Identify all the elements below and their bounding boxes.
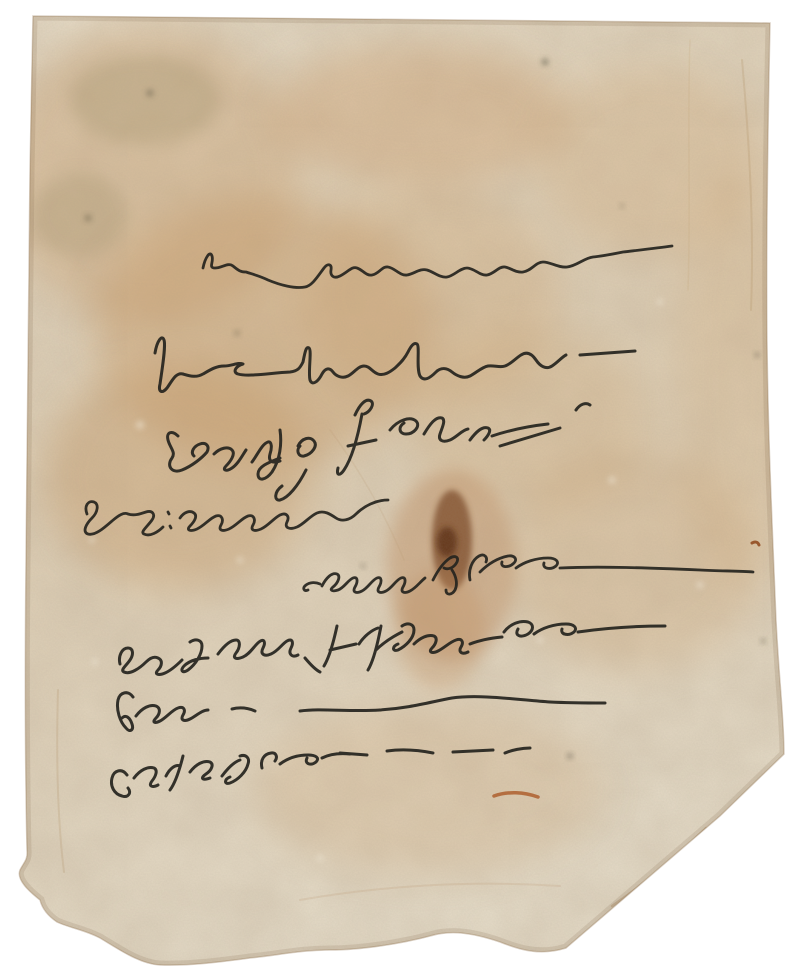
- speck: [85, 215, 91, 221]
- speck: [361, 564, 365, 568]
- paper-fleck: [237, 557, 243, 563]
- speck: [755, 353, 759, 357]
- paper-fleck: [317, 855, 323, 861]
- paper-fleck: [92, 659, 98, 665]
- paper-fleck: [136, 421, 144, 429]
- paper-fleck: [609, 477, 616, 484]
- note-photo: [0, 0, 800, 980]
- paper-fleck: [537, 637, 543, 643]
- speck: [542, 59, 548, 65]
- paper-fleck: [89, 537, 95, 543]
- paper-fleck: [697, 582, 704, 589]
- speck: [235, 331, 240, 336]
- paper-root: [0, 0, 800, 980]
- speck: [568, 754, 573, 759]
- paper-svg: [0, 0, 800, 980]
- paper-fleck: [657, 299, 663, 305]
- speck: [761, 639, 765, 643]
- speck: [147, 90, 154, 97]
- speck: [620, 204, 624, 208]
- paper-grain-texture: [0, 0, 800, 980]
